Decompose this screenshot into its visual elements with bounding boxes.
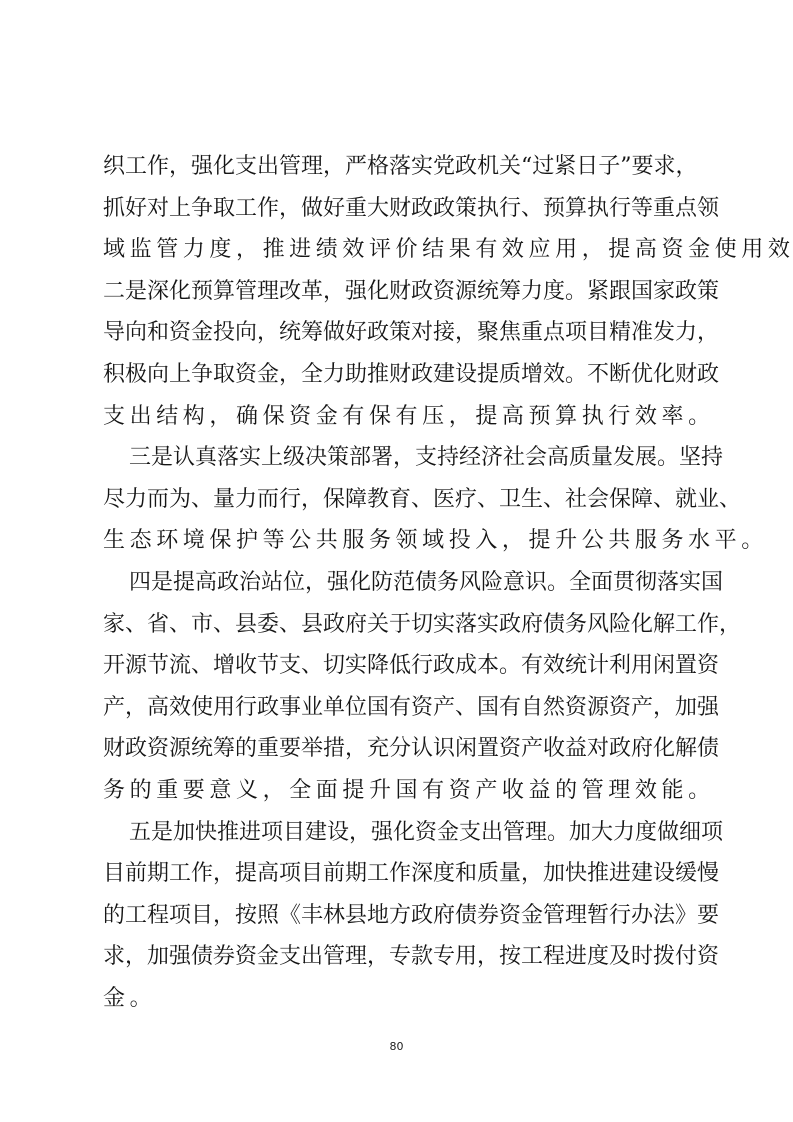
text-line: 二是深化预算管理改革，强化财政资源统筹力度。紧跟国家政策	[103, 271, 690, 313]
text-line: 导向和资金投向，统筹做好政策对接，聚焦重点项目精准发力，	[103, 312, 690, 354]
text-line: 生态环境保护等公共服务领域投入，提升公共服务水平。	[103, 520, 690, 562]
paragraph-p-continued: 织工作，强化支出管理，严格落实党政机关“过紧日子”要求，抓好对上争取工作，做好重…	[103, 146, 690, 271]
text-line: 四是提高政治站位，强化防范债务风险意识。全面贯彻落实国	[103, 562, 690, 604]
paragraph-p-five: 五是加快推进项目建设，强化资金支出管理。加大力度做细项目前期工作，提高项目前期工…	[103, 812, 690, 1020]
text-line: 财政资源统筹的重要举措，充分认识闲置资产收益对政府化解债	[103, 728, 690, 770]
text-line: 织工作，强化支出管理，严格落实党政机关“过紧日子”要求，	[103, 146, 690, 188]
document-page: 织工作，强化支出管理，严格落实党政机关“过紧日子”要求，抓好对上争取工作，做好重…	[0, 0, 793, 1122]
text-line: 求，加强债券资金支出管理，专款专用，按工程进度及时拨付资	[103, 936, 690, 978]
text-line: 抓好对上争取工作，做好重大财政政策执行、预算执行等重点领	[103, 188, 690, 230]
text-line: 五是加快推进项目建设，强化资金支出管理。加大力度做细项	[103, 812, 690, 854]
text-line: 产，高效使用行政事业单位国有资产、国有自然资源资产，加强	[103, 687, 690, 729]
text-line: 域监管力度，推进绩效评价结果有效应用，提高资金使用效益。	[103, 229, 690, 271]
text-line: 金。	[103, 978, 690, 1020]
paragraph-p-three: 三是认真落实上级决策部署，支持经济社会高质量发展。坚持尽力而为、量力而行，保障教…	[103, 437, 690, 562]
text-line: 开源节流、增收节支、切实降低行政成本。有效统计利用闲置资	[103, 645, 690, 687]
paragraph-p-four: 四是提高政治站位，强化防范债务风险意识。全面贯彻落实国家、省、市、县委、县政府关…	[103, 562, 690, 812]
text-line: 务的重要意义，全面提升国有资产收益的管理效能。	[103, 770, 690, 812]
text-line: 尽力而为、量力而行，保障教育、医疗、卫生、社会保障、就业、	[103, 479, 690, 521]
paragraph-p-two: 二是深化预算管理改革，强化财政资源统筹力度。紧跟国家政策导向和资金投向，统筹做好…	[103, 271, 690, 437]
body-text: 织工作，强化支出管理，严格落实党政机关“过紧日子”要求，抓好对上争取工作，做好重…	[103, 146, 690, 1019]
text-line: 的工程项目，按照《丰林县地方政府债券资金管理暂行办法》要	[103, 895, 690, 937]
text-line: 目前期工作，提高项目前期工作深度和质量，加快推进建设缓慢	[103, 853, 690, 895]
page-number: 80	[0, 1040, 793, 1053]
text-line: 三是认真落实上级决策部署，支持经济社会高质量发展。坚持	[103, 437, 690, 479]
text-line: 积极向上争取资金，全力助推财政建设提质增效。不断优化财政	[103, 354, 690, 396]
text-line: 支出结构，确保资金有保有压，提高预算执行效率。	[103, 396, 690, 438]
text-line: 家、省、市、县委、县政府关于切实落实政府债务风险化解工作，	[103, 604, 690, 646]
